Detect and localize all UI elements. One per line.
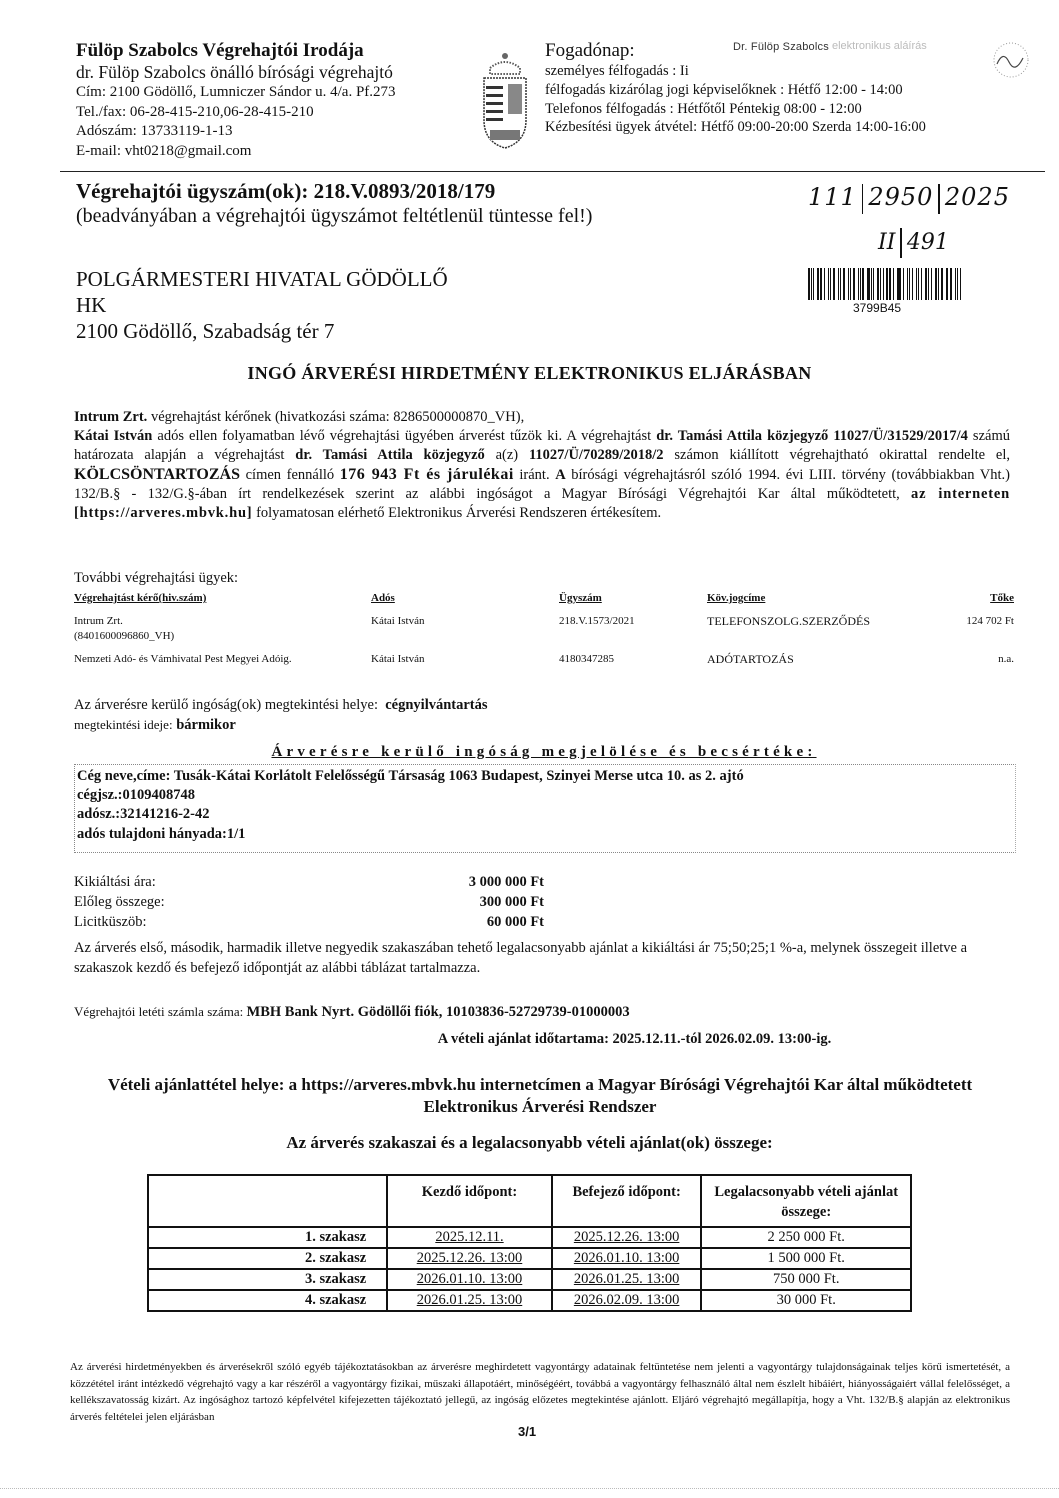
- item-line: Cég neve,címe: Tusák-Kátai Korlátolt Fel…: [77, 767, 744, 786]
- case-number-block: Végrehajtói ügyszám(ok): 218.V.0893/2018…: [76, 178, 592, 228]
- office-name: Fülöp Szabolcs Végrehajtói Irodája: [76, 40, 396, 62]
- barcode-bar: [957, 268, 958, 300]
- table-cell: Kátai István: [371, 614, 559, 652]
- intro-text: a(z): [485, 447, 529, 463]
- price-label: Előleg összege:: [74, 892, 374, 912]
- barcode-bar: [925, 268, 927, 300]
- further-cases-title: További végrehajtási ügyek:: [74, 570, 238, 587]
- table-cell: 1 500 000 Ft.: [701, 1248, 911, 1269]
- deposit-account: Végrehajtói letéti számla száma: MBH Ban…: [74, 1004, 630, 1021]
- reception-line: személyes félfogadás : Ii: [545, 62, 926, 81]
- column-header: Köv.jogcíme: [707, 592, 927, 614]
- handwritten-part: II: [878, 230, 895, 255]
- barcode-bar: [946, 268, 947, 300]
- barcode-bar: [912, 268, 913, 300]
- auction-stages-table: Kezdő időpont: Befejező időpont: Legalac…: [147, 1174, 912, 1312]
- stages-title: Az árverés szakaszai és a legalacsonyabb…: [0, 1133, 1059, 1153]
- offer-period: A vételi ajánlat időtartama: 2025.12.11.…: [0, 1031, 1059, 1048]
- viewing-time-label: megtekintési ideje:: [74, 717, 173, 732]
- e-signature-label: elektronikus aláírás: [832, 40, 927, 52]
- column-header: Ügyszám: [559, 592, 707, 614]
- office-header: Fülöp Szabolcs Végrehajtói Irodája dr. F…: [76, 40, 396, 161]
- intro-text: végrehajtást kérőnek (hivatkozási száma:…: [147, 409, 524, 425]
- barcode-bar: [897, 268, 898, 300]
- table-cell: 124 702 Ft: [927, 614, 1014, 652]
- viewing-place-label: Az árverésre kerülő ingóság(ok) megtekin…: [74, 697, 378, 713]
- item-description: Cég neve,címe: Tusák-Kátai Korlátolt Fel…: [77, 767, 744, 844]
- price-row: Előleg összege:300 000 Ft: [74, 892, 544, 912]
- barcode-bar: [817, 268, 819, 300]
- intro-text: folyamatosan elérhető Elektronikus Árver…: [252, 505, 661, 521]
- intro-text: iránt.: [514, 467, 555, 483]
- barcode-bar: [858, 268, 859, 300]
- intro-text: címen fennálló: [240, 467, 340, 483]
- intro-paragraph: Intrum Zrt. végrehajtást kérőnek (hivatk…: [74, 408, 1010, 523]
- reception-line: Kézbesítési ügyek átvétel: Hétfő 09:00-2…: [545, 118, 926, 137]
- table-cell: 2025.12.26. 13:00: [552, 1227, 702, 1248]
- barcode-bar: [935, 268, 937, 300]
- table-cell: ADÓTARTOZÁS: [707, 652, 927, 667]
- table-cell: n.a.: [927, 652, 1014, 667]
- decision-number: 11027/Ü/70289/2018/2: [529, 447, 664, 463]
- table-row: 2. szakasz2025.12.26. 13:002026.01.10. 1…: [148, 1248, 911, 1269]
- account-value: MBH Bank Nyrt. Gödöllői fiók, 10103836-5…: [247, 1004, 630, 1020]
- table-cell: 30 000 Ft.: [701, 1290, 911, 1311]
- table-cell: 2026.01.10. 13:00: [552, 1248, 702, 1269]
- table-cell: Intrum Zrt. (8401600096860_VH): [74, 614, 371, 652]
- table-cell: 2025.12.11.: [387, 1227, 552, 1248]
- barcode-bar: [867, 268, 869, 300]
- price-label: Licitküszöb:: [74, 912, 374, 932]
- barcode-bar: [898, 268, 900, 300]
- barcode-bar: [820, 268, 822, 300]
- price-row: Licitküszöb:60 000 Ft: [74, 912, 544, 932]
- table-header-row: Kezdő időpont: Befejező időpont: Legalac…: [148, 1175, 911, 1227]
- barcode-bar: [909, 268, 911, 300]
- barcode-bar: [883, 268, 884, 300]
- handwritten-sub-number: II491: [878, 228, 949, 258]
- item-heading: Árverésre kerülő ingóság megjelölése és …: [74, 744, 1014, 761]
- table-cell: 2026.01.25. 13:00: [552, 1269, 702, 1290]
- barcode-number: 3799B45: [853, 301, 901, 315]
- intro-text: A: [555, 467, 565, 483]
- disclaimer: Az árverési hirdetményekben és árverések…: [70, 1359, 1010, 1425]
- bottom-rule: [0, 1488, 1059, 1489]
- barcode-bar: [833, 268, 835, 300]
- barcode-bar: [947, 268, 948, 300]
- barcode-bar: [850, 268, 851, 300]
- price-row: Kikiáltási ára:3 000 000 Ft: [74, 872, 544, 892]
- e-signature-name: Dr. Fülöp Szabolcs: [733, 41, 829, 53]
- price-label: Kikiáltási ára:: [74, 872, 374, 892]
- addressee-name: POLGÁRMESTERI HIVATAL GÖDÖLLŐ: [76, 266, 448, 292]
- debt-type: KÖLCSÖNTARTOZÁS: [74, 466, 240, 483]
- addressee-dept: HK: [76, 292, 448, 318]
- notary-name: dr. Tamási Attila közjegyző: [656, 428, 828, 444]
- barcode-bar: [886, 268, 888, 300]
- barcode-bar: [811, 268, 812, 300]
- prices-note: Az árverés első, második, harmadik illet…: [74, 938, 1010, 978]
- notary-name: dr. Tamási Attila közjegyző: [295, 447, 484, 463]
- price-value: 300 000 Ft: [374, 892, 544, 912]
- signature-seal-icon: [983, 40, 1038, 80]
- table-row: Nemzeti Adó- és Vámhivatal Pest Megyei A…: [74, 652, 1014, 667]
- column-header: Adós: [371, 592, 559, 614]
- handwritten-part: 491: [907, 230, 949, 255]
- table-cell: 2026.02.09. 13:00: [552, 1290, 702, 1311]
- barcode-bar: [960, 268, 962, 300]
- barcode-bar: [830, 268, 831, 300]
- table-cell: Kátai István: [371, 652, 559, 667]
- price-value: 60 000 Ft: [374, 912, 544, 932]
- barcode-bar: [941, 268, 943, 300]
- office-email: E-mail: vht0218@gmail.com: [76, 142, 396, 162]
- column-header: Végrehajtást kérő(hiv.szám): [74, 592, 371, 614]
- addressee-address: 2100 Gödöllő, Szabadság tér 7: [76, 318, 448, 344]
- table-cell: 2026.01.10. 13:00: [387, 1269, 552, 1290]
- table-cell: TELEFONSZOLG.SZERZŐDÉS: [707, 614, 927, 652]
- column-header: [148, 1175, 387, 1227]
- case-number: Végrehajtói ügyszám(ok): 218.V.0893/2018…: [76, 178, 592, 204]
- column-header: Kezdő időpont:: [387, 1175, 552, 1227]
- barcode-bar: [889, 268, 891, 300]
- column-header: Befejező időpont:: [552, 1175, 702, 1227]
- column-header: Tőke: [927, 592, 1014, 614]
- office-address: Cím: 2100 Gödöllő, Lumniczer Sándor u. 4…: [76, 83, 396, 103]
- account-label: Végrehajtói letéti számla száma:: [74, 1004, 243, 1019]
- item-line: adósz.:32141216-2-42: [77, 805, 744, 824]
- intro-text: adós ellen folyamatban lévő végrehajtási…: [152, 428, 656, 444]
- barcode-bar: [916, 268, 917, 300]
- table-cell: 4180347285: [559, 652, 707, 667]
- table-row: 4. szakasz2026.01.25. 13:002026.02.09. 1…: [148, 1290, 911, 1311]
- header-divider: [60, 171, 1045, 172]
- item-line: cégjsz.:0109408748: [77, 786, 744, 805]
- barcode-bar: [928, 268, 929, 300]
- document-title: INGÓ ÁRVERÉSI HIRDETMÉNY ELEKTRONIKUS EL…: [0, 363, 1059, 384]
- barcode-bar: [853, 268, 855, 300]
- barcode-bar: [824, 268, 825, 300]
- table-cell: 1. szakasz: [148, 1227, 387, 1248]
- officer-name: dr. Fülöp Szabolcs önálló bírósági végre…: [76, 62, 396, 83]
- handwritten-part: 2025: [945, 183, 1010, 211]
- debt-amount: 176 943 Ft és járulékai: [340, 466, 514, 483]
- barcode-bar: [955, 268, 956, 300]
- barcode-bar: [921, 268, 922, 300]
- viewing-time-value: bármikor: [176, 717, 236, 733]
- creditor-name: Intrum Zrt.: [74, 409, 147, 425]
- table-header-row: Végrehajtást kérő(hiv.szám) Adós Ügyszám…: [74, 592, 1014, 614]
- table-row: 1. szakasz2025.12.11.2025.12.26. 13:002 …: [148, 1227, 911, 1248]
- barcode-bar: [903, 268, 904, 300]
- barcode: [808, 268, 964, 300]
- viewing-place-value: cégnyilvántartás: [385, 697, 487, 713]
- table-row: Intrum Zrt. (8401600096860_VH) Kátai Ist…: [74, 614, 1014, 652]
- office-phone: Tel./fax: 06-28-415-210,06-28-415-210: [76, 103, 396, 123]
- barcode-bar: [862, 268, 864, 300]
- barcode-bar: [871, 268, 872, 300]
- table-row: 3. szakasz2026.01.10. 13:002026.01.25. 1…: [148, 1269, 911, 1290]
- intro-text: számon kiállított végrehajtható okiratta…: [664, 447, 1010, 463]
- further-cases-table: Végrehajtást kérő(hiv.szám) Adós Ügyszám…: [74, 592, 1014, 667]
- barcode-bar: [808, 268, 810, 300]
- barcode-bar: [880, 268, 881, 300]
- table-cell: 2. szakasz: [148, 1248, 387, 1269]
- handwritten-part: 111: [808, 183, 857, 211]
- table-cell: 750 000 Ft.: [701, 1269, 911, 1290]
- column-header: Legalacsonyabb vételi ajánlat összege:: [701, 1175, 911, 1227]
- table-cell: 2 250 000 Ft.: [701, 1227, 911, 1248]
- reception-line: félfogadás kizárólag jogi képviselőknek …: [545, 81, 926, 100]
- barcode-bar: [938, 268, 939, 300]
- barcode-bar: [931, 268, 932, 300]
- table-cell: Nemzeti Adó- és Vámhivatal Pest Megyei A…: [74, 652, 371, 667]
- handwritten-separator: [938, 184, 940, 214]
- barcode-bar: [918, 268, 920, 300]
- page-number: 3/1: [518, 1424, 536, 1439]
- barcode-bar: [860, 268, 861, 300]
- handwritten-filing-number: 11129502025: [808, 183, 1010, 214]
- handwritten-separator: [862, 184, 864, 214]
- barcode-bar: [813, 268, 814, 300]
- barcode-bar: [877, 268, 879, 300]
- barcode-bar: [907, 268, 908, 300]
- offer-place: Vételi ajánlattétel helye: a https://arv…: [60, 1074, 1020, 1118]
- barcode-bar: [893, 268, 894, 300]
- price-value: 3 000 000 Ft: [374, 872, 544, 892]
- barcode-bar: [873, 268, 874, 300]
- barcode-bar: [828, 268, 829, 300]
- reception-hours: Fogadónap: személyes félfogadás : Ii fél…: [545, 40, 926, 137]
- case-number-note: (beadványában a végrehajtói ügyszámot fe…: [76, 204, 592, 228]
- barcode-bar: [950, 268, 952, 300]
- price-list: Kikiáltási ára:3 000 000 Ft Előleg össze…: [74, 872, 544, 932]
- table-cell: 218.V.1573/2021: [559, 614, 707, 652]
- office-tax-number: Adószám: 13733119-1-13: [76, 122, 396, 142]
- decision-number: 11027/Ü/31529/2017/4: [833, 428, 968, 444]
- table-cell: 3. szakasz: [148, 1269, 387, 1290]
- handwritten-part: 2950: [868, 183, 933, 211]
- reception-line: Telefonos félfogadás : Hétfőtől Péntekig…: [545, 100, 926, 119]
- barcode-bar: [848, 268, 849, 300]
- debtor-name: Kátai István: [74, 428, 152, 444]
- viewing-info: Az árverésre kerülő ingóság(ok) megtekin…: [74, 696, 488, 735]
- barcode-bar: [840, 268, 841, 300]
- item-line: adós tulajdoni hányada:1/1: [77, 825, 744, 844]
- addressee: POLGÁRMESTERI HIVATAL GÖDÖLLŐ HK 2100 Gö…: [76, 266, 448, 344]
- table-cell: 4. szakasz: [148, 1290, 387, 1311]
- table-cell: 2025.12.26. 13:00: [387, 1248, 552, 1269]
- table-cell: 2026.01.25. 13:00: [387, 1290, 552, 1311]
- barcode-bar: [843, 268, 845, 300]
- handwritten-separator: [900, 228, 902, 258]
- barcode-bar: [838, 268, 840, 300]
- coat-of-arms-icon: [478, 50, 533, 150]
